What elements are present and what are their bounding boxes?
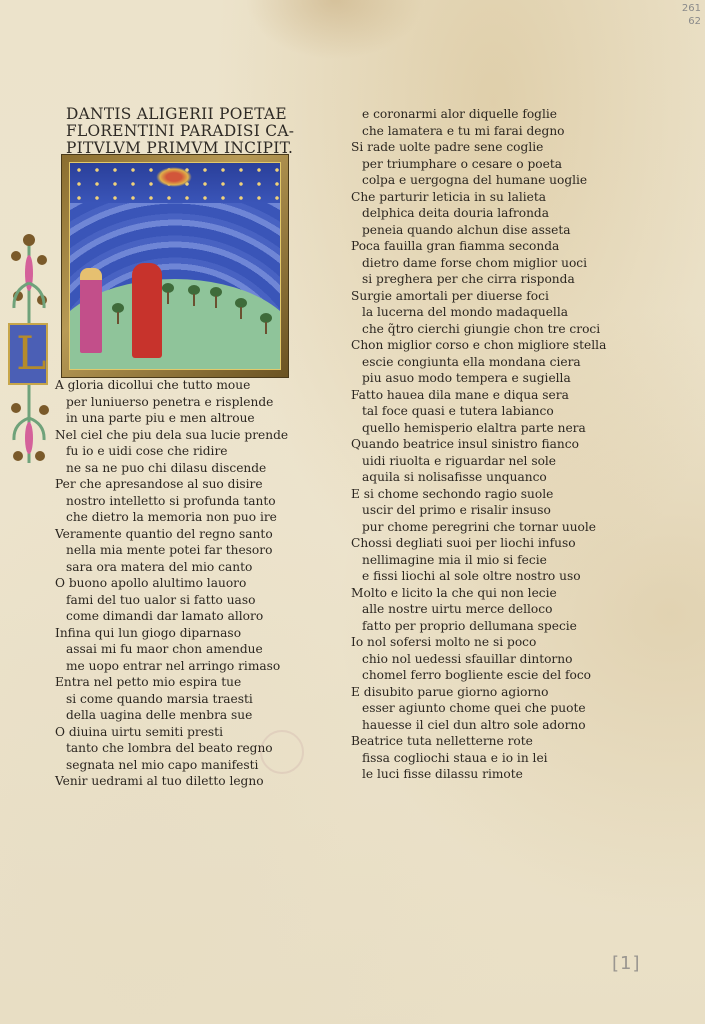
verse-line: che lamatera e tu mi farai degno (351, 123, 641, 140)
tree-icon (188, 285, 200, 295)
verse-line: Surgie amortali per diuerse foci (351, 288, 641, 305)
verse-line: Quando beatrice insul sinistro fianco (351, 436, 641, 453)
verse-line: si preghera per che cirra risponda (351, 271, 641, 288)
verse-line: come dimandi dar lamato alloro (55, 608, 305, 625)
verse-line: uidi riuolta e riguardar nel sole (351, 453, 641, 470)
verse-line: piu asuo modo tempera e sugiella (351, 370, 641, 387)
faint-stamp (260, 730, 304, 774)
verse-line: per luniuerso penetra e risplende (55, 394, 305, 411)
verse-line: la lucerna del mondo madaquella (351, 304, 641, 321)
heading-line: FLORENTINI PARADISI CA- (66, 123, 316, 140)
verse-line: e coronarmi alor diquelle foglie (351, 106, 641, 123)
verse-line: Chon miglior corso e chon migliore stell… (351, 337, 641, 354)
verse-line: fami del tuo ualor si fatto uaso (55, 592, 305, 609)
verse-line: assai mi fu maor chon amendue (55, 641, 305, 658)
tree-icon (260, 313, 272, 323)
verse-line: uscir del primo e risalir insuso (351, 502, 641, 519)
verse-line: in una parte piu e men altroue (55, 410, 305, 427)
initial-letter: L (16, 327, 47, 379)
verse-line: Che parturir leticia in su lalieta (351, 189, 641, 206)
divine-glory-icon (156, 167, 192, 187)
verse-line: Fatto hauea dila mane e diqua sera (351, 387, 641, 404)
tree-icon (162, 283, 174, 293)
verse-line: Veramente quantio del regno santo (55, 526, 305, 543)
verse-line: Io nol sofersi molto ne si poco (351, 634, 641, 651)
verse-line: fissa cogliochi staua e io in lei (351, 750, 641, 767)
verse-line: nostro intelletto si profunda tanto (55, 493, 305, 510)
verse-line: O buono apollo alultimo lauoro (55, 575, 305, 592)
verse-line: si come quando marsia traesti (55, 691, 305, 708)
verse-line: sara ora matera del mio canto (55, 559, 305, 576)
verse-line: nellimagine mia il mio si fecie (351, 552, 641, 569)
verse-line: delphica deita douria lafronda (351, 205, 641, 222)
verse-line: esser agiunto chome quei che puote (351, 700, 641, 717)
text-column-right: e coronarmi alor diquelle foglie che lam… (351, 106, 641, 783)
verse-line: alle nostre uirtu merce delloco (351, 601, 641, 618)
verse-line: Molto e licito la che qui non lecie (351, 585, 641, 602)
verse-line: chomel ferro bogliente escie del foco (351, 667, 641, 684)
verse-line: chio nol uedessi sfauillar dintorno (351, 651, 641, 668)
illuminated-miniature (62, 155, 288, 377)
verse-line: Chossi degliati suoi per liochi infuso (351, 535, 641, 552)
shelf-mark-stamp: [1] (612, 953, 641, 974)
verse-line: Entra nel petto mio espira tue (55, 674, 305, 691)
verse-line: fatto per proprio dellumana specie (351, 618, 641, 635)
verse-line: che dietro la memoria non puo ire (55, 509, 305, 526)
verse-line: aquila si nolisafisse unquanco (351, 469, 641, 486)
beatrice-figure (80, 268, 102, 353)
manuscript-page: 261 62 DANTIS ALIGERII POETAE FLORENTINI… (0, 0, 705, 1024)
folio-number-2: 62 (682, 15, 701, 28)
verse-line: peneia quando alchun dise asseta (351, 222, 641, 239)
text-column-left: A gloria dicollui che tutto moue per lun… (55, 377, 305, 790)
illuminated-initial: L (8, 323, 48, 385)
dante-figure (132, 263, 162, 358)
verse-line: che q̃tro cierchi giungie chon tre croci (351, 321, 641, 338)
heading-line: DANTIS ALIGERII POETAE (66, 106, 316, 123)
verse-line: Infina qui lun giogo diparnaso (55, 625, 305, 642)
verse-line: nella mia mente potei far thesoro (55, 542, 305, 559)
verse-line: e fissi liochi al sole oltre nostro uso (351, 568, 641, 585)
verse-line: me uopo entrar nel arringo rimaso (55, 658, 305, 675)
verse-line: Per che apresandose al suo disire (55, 476, 305, 493)
miniature-scene (69, 162, 281, 370)
verse-line: tal foce quasi e tutera labianco (351, 403, 641, 420)
verse-line: E si chome sechondo ragio suole (351, 486, 641, 503)
folio-number-note: 261 62 (682, 2, 701, 28)
verse-line: Si rade uolte padre sene coglie (351, 139, 641, 156)
verse-line: le luci fisse dilassu rimote (351, 766, 641, 783)
verse-line: escie congiunta ella mondana ciera (351, 354, 641, 371)
verse-line: colpa e uergogna del humane uoglie (351, 172, 641, 189)
verse-line: hauesse il ciel dun altro sole adorno (351, 717, 641, 734)
incipit-heading: DANTIS ALIGERII POETAE FLORENTINI PARADI… (66, 106, 316, 157)
verse-line: Poca fauilla gran fiamma seconda (351, 238, 641, 255)
tree-icon (235, 298, 247, 308)
verse-line: pur chome peregrini che tornar uuole (351, 519, 641, 536)
folio-number-1: 261 (682, 2, 701, 15)
verse-line: fu io e uidi cose che ridire (55, 443, 305, 460)
verse-line: Nel ciel che piu dela sua lucie prende (55, 427, 305, 444)
tree-icon (112, 303, 124, 313)
water-stain (245, 0, 425, 60)
verse-line: ne sa ne puo chi dilasu discende (55, 460, 305, 477)
verse-line: E disubito parue giorno agiorno (351, 684, 641, 701)
verse-line: Beatrice tuta nelletterne rote (351, 733, 641, 750)
verse-line: Venir uedrami al tuo diletto legno (55, 773, 305, 790)
verse-line: A gloria dicollui che tutto moue (55, 377, 305, 394)
verse-line: dietro dame forse chom miglior uoci (351, 255, 641, 272)
verse-line: quello hemisperio elaltra parte nera (351, 420, 641, 437)
verse-line: della uagina delle menbra sue (55, 707, 305, 724)
verse-line: per triumphare o cesare o poeta (351, 156, 641, 173)
tree-icon (210, 287, 222, 297)
